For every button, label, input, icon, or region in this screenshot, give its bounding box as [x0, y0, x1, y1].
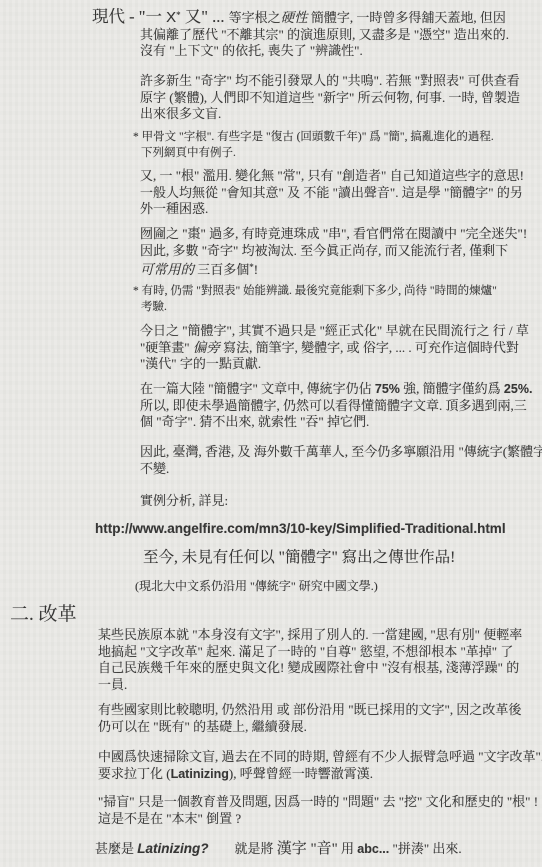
body-text: 在一篇大陸 "簡體字" 文章中, 傳統字仍佔: [140, 381, 375, 396]
section2-paragraph-4: "掃盲" 只是一個教育普及問題, 因爲一時的 "問題" 去 "挖" 文化和歷史的…: [0, 794, 542, 827]
section2-paragraph-3: 中國爲快速掃除文盲, 過去在不同的時期, 曾經有不少人振臂急呼過 "文字改革".…: [0, 749, 542, 782]
text-line: 要求拉丁化 (Latinizing), 呼聲曾經一時響澈霄漢.: [98, 766, 542, 783]
body-text: 就是將: [235, 841, 277, 856]
heading-text: 二. 改革: [10, 603, 542, 627]
text-line: 一般人均無從 "會知其意" 及 不能 "讀出聲音". 這是學 "簡體字" 的另: [140, 185, 542, 202]
reference-url: http://www.angelfire.com/mn3/10-key/Simp…: [0, 521, 542, 538]
text-line: 自己民族幾千年來的歷史與文化! 變成國際社會中 "沒有根基, 淺薄浮躁" 的: [98, 660, 542, 677]
section1-paragraph-1: 現代 - "一 X* 又" ... 等字根之硬性 簡體字, 一時曾多得舖天蓋地,…: [0, 7, 542, 60]
body-text: 等字根之: [229, 10, 281, 25]
text-line: 現代 - "一 X* 又" ... 等字根之硬性 簡體字, 一時曾多得舖天蓋地,…: [92, 7, 542, 27]
statement-text: 至今, 未見有任何以 "簡體字" 寫出之傳世作品!: [143, 548, 542, 568]
percent-simplified: 25%.: [504, 382, 533, 396]
abc-term: abc...: [357, 842, 389, 856]
text-line: 不變.: [140, 461, 542, 478]
text-line: 這是不是在 "本末" 倒置 ?: [98, 811, 542, 828]
text-line: 甚麼是 Latinizing? 就是將 漢字 "音" 用 abc... "拼湊"…: [95, 841, 542, 858]
text-line: 原字 (繁體), 人們即不知道這些 "新字" 所云何物, 何事. 一時, 曾製造: [140, 90, 542, 107]
text-line: "硬筆畫" 偏旁 寫法, 簡筆字, 變體字, 或 俗字, ... . 可充作這個…: [140, 340, 542, 357]
section1-paragraph-7: 因此, 臺灣, 香港, 及 海外數千萬華人, 至今仍多寧願沿用 "傳統字(繁體字…: [0, 444, 542, 477]
body-text: ), 呼聲曾經一時響澈霄漢.: [229, 766, 373, 781]
footnote-line: * 有時, 仍需 "對照表" 始能辨識. 最後究竟能剩下多少, 尚待 "時間的煉…: [133, 284, 542, 300]
text-line: 許多新生 "奇字" 均不能引發眾人的 "共鳴". 若無 "對照表" 可供查看: [140, 73, 542, 90]
body-text: 強, 簡體字僅約爲: [400, 381, 504, 396]
text-line: 個 "奇字". 猜不出來, 就索性 "吞" 掉它們.: [140, 414, 542, 431]
text-line: 在一篇大陸 "簡體字" 文章中, 傳統字仍佔 75% 強, 簡體字僅約爲 25%…: [140, 381, 542, 398]
text-line: 實例分析, 詳見:: [140, 493, 542, 510]
percent-traditional: 75%: [375, 382, 400, 396]
text-line: "漢代" 字的一點貢獻.: [140, 356, 542, 373]
text-line: 因此, 臺灣, 香港, 及 海外數千萬華人, 至今仍多寧願沿用 "傳統字(繁體字…: [140, 444, 542, 461]
section1-paragraph-2: 許多新生 "奇字" 均不能引發眾人的 "共鳴". 若無 "對照表" 可供查看 原…: [0, 73, 542, 123]
footnote-1: * 甲骨文 "字根". 有些字是 "復古 (回頭數千年)" 爲 "簡", 搞亂進…: [0, 130, 542, 161]
text-line: 外一種困惑.: [140, 201, 542, 218]
body-text: 寫法, 簡筆字, 變體字, 或 俗字, ... . 可充作這個時代對: [220, 340, 519, 355]
body-text: 要求拉丁化 (: [98, 766, 171, 781]
section2-paragraph-2: 有些國家則比較聰明, 仍然沿用 或 部份沿用 "既已採用的文字", 因之改革後 …: [0, 702, 542, 735]
text-line: 有些國家則比較聰明, 仍然沿用 或 部份沿用 "既已採用的文字", 因之改革後: [98, 702, 542, 719]
text-line: 某些民族原本就 "本身沒有文字", 採用了別人的. 一當建國, "思有別" 便輕…: [98, 627, 542, 644]
latinizing-question: Latinizing?: [137, 841, 208, 856]
section1-paragraph-5: 今日之 "簡體字", 其實不過只是 "經正式化" 早就在民間流行之 行 / 草 …: [0, 323, 542, 373]
body-text: 用: [338, 841, 358, 856]
text-line: 其偏離了歷代 "不離其宗" 的演進原則, 又盡多是 "憑空" 造出來的.: [140, 27, 542, 44]
text-line: 囫圇之 "棗" 過多, 有時竟連珠成 "串", 看官們常在閱讀中 "完全迷失"!: [140, 226, 542, 243]
section1-paragraph-6: 在一篇大陸 "簡體字" 文章中, 傳統字仍佔 75% 強, 簡體字僅約爲 25%…: [0, 381, 542, 431]
body-text: 三百多個: [194, 262, 249, 277]
url-text: http://www.angelfire.com/mn3/10-key/Simp…: [95, 521, 542, 538]
emphasis-hardness: 硬性: [281, 10, 308, 25]
latinizing-term: Latinizing: [171, 767, 229, 781]
see-also-line: 實例分析, 詳見:: [0, 493, 542, 510]
text-line: "掃盲" 只是一個教育普及問題, 因爲一時的 "問題" 去 "挖" 文化和歷史的…: [98, 794, 542, 811]
text-line: 地搞起 "文字改革" 起來. 滿足了一時的 "自尊" 慾望, 不想卻根本 "革掉…: [98, 644, 542, 661]
text-line: 今日之 "簡體字", 其實不過只是 "經正式化" 早就在民間流行之 行 / 草: [140, 323, 542, 340]
note-text: (現北大中文系仍沿用 "傳統字" 研究中國文學.): [135, 578, 542, 595]
footnote-line: 下列網頁中有例子.: [141, 146, 542, 162]
text-line: 因此, 多數 "奇字" 均被淘汰. 至今眞正尚存, 而又能流行者, 僅剩下: [140, 243, 542, 260]
hanzi-sound-phrase: 漢字 "音": [277, 841, 338, 857]
body-text: "硬筆畫": [140, 340, 193, 355]
section2-paragraph-1: 某些民族原本就 "本身沒有文字", 採用了別人的. 一當建國, "思有別" 便輕…: [0, 627, 542, 693]
text-line: 中國爲快速掃除文盲, 過去在不同的時期, 曾經有不少人振臂急呼過 "文字改革".: [98, 749, 542, 766]
heading-quote-close: 又" ...: [181, 7, 229, 26]
emphasis-common-use: 可常用的: [140, 262, 194, 277]
section1-paragraph-3: 又, 一 "根" 濫用. 變化無 "常", 只有 "創造者" 自己知道這些字的意…: [0, 168, 542, 218]
emphasis-radical: 偏旁: [193, 340, 220, 355]
section2-paragraph-5: 甚麼是 Latinizing? 就是將 漢字 "音" 用 abc... "拼湊"…: [0, 841, 542, 858]
footnote-line: * 甲骨文 "字根". 有些字是 "復古 (回頭數千年)" 爲 "簡", 搞亂進…: [133, 130, 542, 146]
heading-letter-x: X: [166, 9, 176, 26]
section1-paragraph-4: 囫圇之 "棗" 過多, 有時竟連珠成 "串", 看官們常在閱讀中 "完全迷失"!…: [0, 226, 542, 279]
footnote-line: 考驗.: [141, 300, 542, 316]
text-line: 一員.: [98, 677, 542, 694]
body-text: 甚麼是: [95, 841, 137, 856]
body-text: 簡體字, 一時曾多得舖天蓋地, 但因: [308, 10, 506, 25]
text-line: 又, 一 "根" 濫用. 變化無 "常", 只有 "創造者" 自己知道這些字的意…: [140, 168, 542, 185]
text-line: 出來很多文盲.: [140, 106, 542, 123]
text-line: 沒有 "上下文" 的依托, 喪失了 "辨識性".: [140, 43, 542, 60]
footnote-2: * 有時, 仍需 "對照表" 始能辨識. 最後究竟能剩下多少, 尚待 "時間的煉…: [0, 284, 542, 315]
gap-spacer: [209, 841, 235, 856]
scanned-document-page: 現代 - "一 X* 又" ... 等字根之硬性 簡體字, 一時曾多得舖天蓋地,…: [0, 0, 542, 867]
section1-heading: 現代 -: [92, 7, 139, 26]
text-line: 仍可以在 "既有" 的基礎上, 繼續發展.: [98, 719, 542, 736]
peking-university-note: (現北大中文系仍沿用 "傳統字" 研究中國文學.): [0, 578, 542, 595]
section2-heading: 二. 改革: [0, 603, 542, 627]
text-line: 可常用的 三百多個*!: [140, 259, 542, 279]
body-text: "拼湊" 出來.: [389, 841, 461, 856]
no-masterpiece-statement: 至今, 未見有任何以 "簡體字" 寫出之傳世作品!: [0, 548, 542, 568]
text-line: 所以, 即使未學過簡體字, 仍然可以看得懂簡體字文章. 頂多遇到兩,三: [140, 398, 542, 415]
heading-quote-open: "一: [139, 7, 166, 26]
body-text: !: [254, 262, 258, 277]
